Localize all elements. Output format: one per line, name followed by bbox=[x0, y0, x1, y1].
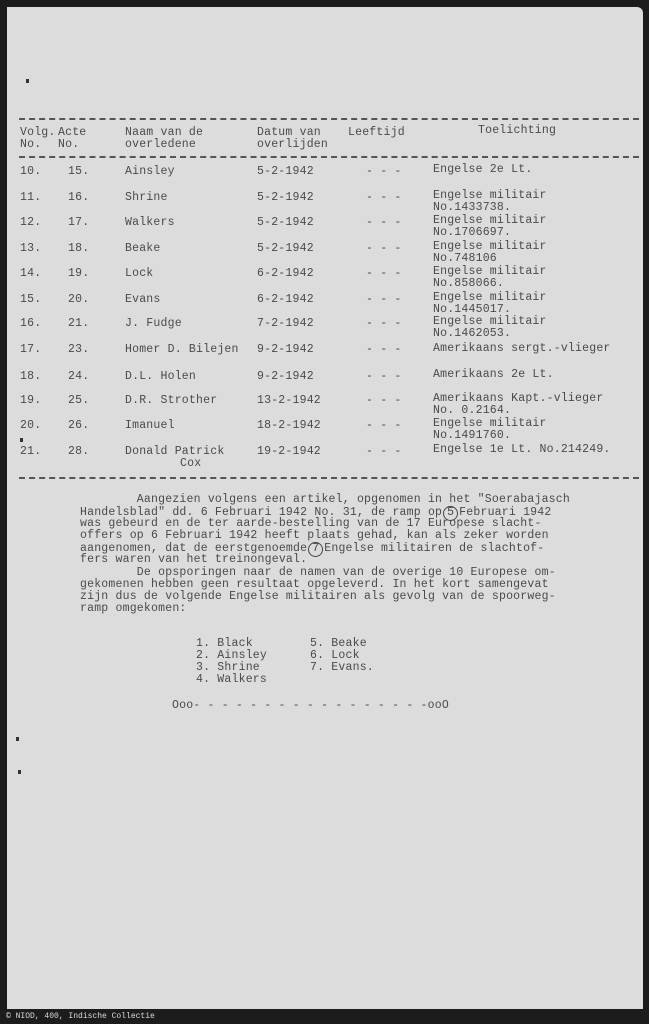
row-acte: 21. bbox=[68, 318, 89, 330]
row-naam: D.R. Strother bbox=[125, 395, 217, 407]
row-leeftijd: - - - bbox=[366, 395, 402, 407]
row-leeftijd: - - - bbox=[366, 192, 402, 204]
para-line: offers op 6 Februari 1942 heeft plaats g… bbox=[80, 530, 549, 542]
row-toelichting-2: No.1433738. bbox=[433, 202, 511, 214]
para-line: fers waren van het treinongeval. bbox=[80, 554, 307, 566]
row-datum: 6-2-1942 bbox=[257, 294, 314, 306]
row-toelichting-2: No.1706697. bbox=[433, 227, 511, 239]
row-datum: 5-2-1942 bbox=[257, 166, 314, 178]
row-leeftijd: - - - bbox=[366, 446, 402, 458]
row-volg: 10. bbox=[20, 166, 41, 178]
row-datum: 13-2-1942 bbox=[257, 395, 321, 407]
row-naam: J. Fudge bbox=[125, 318, 182, 330]
row-naam: Shrine bbox=[125, 192, 168, 204]
row-toelichting-2: No.1491760. bbox=[433, 430, 511, 442]
row-toelichting-2: No.858066. bbox=[433, 278, 504, 290]
binding-mark bbox=[26, 79, 29, 83]
row-leeftijd: - - - bbox=[366, 371, 402, 383]
header-acte-2: No. bbox=[58, 139, 79, 151]
row-naam: Donald Patrick bbox=[125, 446, 224, 458]
binding-mark bbox=[16, 737, 19, 741]
row-toelichting-2: No.748106 bbox=[433, 253, 497, 265]
para-line: ramp omgekomen: bbox=[80, 603, 187, 615]
row-leeftijd: - - - bbox=[366, 420, 402, 432]
row-volg: 18. bbox=[20, 371, 41, 383]
row-datum: 5-2-1942 bbox=[257, 192, 314, 204]
row-datum: 7-2-1942 bbox=[257, 318, 314, 330]
row-datum: 9-2-1942 bbox=[257, 344, 314, 356]
row-datum: 6-2-1942 bbox=[257, 268, 314, 280]
row-naam: Walkers bbox=[125, 217, 175, 229]
row-volg: 13. bbox=[20, 243, 41, 255]
row-datum: 5-2-1942 bbox=[257, 243, 314, 255]
row-volg: 21. bbox=[20, 446, 41, 458]
row-acte: 25. bbox=[68, 395, 89, 407]
row-datum: 19-2-1942 bbox=[257, 446, 321, 458]
row-acte: 18. bbox=[68, 243, 89, 255]
row-volg: 11. bbox=[20, 192, 41, 204]
row-acte: 19. bbox=[68, 268, 89, 280]
row-toelichting: Amerikaans sergt.-vlieger bbox=[433, 343, 611, 355]
row-acte: 16. bbox=[68, 192, 89, 204]
row-leeftijd: - - - bbox=[366, 243, 402, 255]
row-naam-2: Cox bbox=[180, 458, 201, 470]
row-leeftijd: - - - bbox=[366, 268, 402, 280]
row-leeftijd: - - - bbox=[366, 318, 402, 330]
row-acte: 24. bbox=[68, 371, 89, 383]
row-volg: 12. bbox=[20, 217, 41, 229]
row-naam: Evans bbox=[125, 294, 161, 306]
row-acte: 15. bbox=[68, 166, 89, 178]
para-line: Aangezien volgens een artikel, opgenomen… bbox=[80, 494, 570, 506]
row-acte: 20. bbox=[68, 294, 89, 306]
list-item: 4. Walkers bbox=[196, 674, 267, 686]
row-leeftijd: - - - bbox=[366, 166, 402, 178]
header-leeftijd: Leeftijd bbox=[348, 127, 405, 139]
row-datum: 9-2-1942 bbox=[257, 371, 314, 383]
row-toelichting: Engelse 2e Lt. bbox=[433, 164, 532, 176]
row-acte: 26. bbox=[68, 420, 89, 432]
row-volg: 16. bbox=[20, 318, 41, 330]
row-naam: D.L. Holen bbox=[125, 371, 196, 383]
row-volg: 15. bbox=[20, 294, 41, 306]
header-volg-2: No. bbox=[20, 139, 41, 151]
row-volg: 17. bbox=[20, 344, 41, 356]
header-datum-2: overlijden bbox=[257, 139, 328, 151]
header-bottom-rule bbox=[19, 156, 639, 158]
row-naam: Homer D. Bilejen bbox=[125, 344, 239, 356]
row-acte: 17. bbox=[68, 217, 89, 229]
row-naam: Imanuel bbox=[125, 420, 175, 432]
circled-count: 7 bbox=[308, 542, 323, 557]
header-naam-2: overledene bbox=[125, 139, 196, 151]
row-volg: 14. bbox=[20, 268, 41, 280]
row-volg: 20. bbox=[20, 420, 41, 432]
row-naam: Ainsley bbox=[125, 166, 175, 178]
table-bottom-rule bbox=[19, 477, 639, 479]
row-leeftijd: - - - bbox=[366, 217, 402, 229]
row-volg: 19. bbox=[20, 395, 41, 407]
row-datum: 5-2-1942 bbox=[257, 217, 314, 229]
row-toelichting: Amerikaans 2e Lt. bbox=[433, 369, 554, 381]
row-toelichting-2: No.1462053. bbox=[433, 328, 511, 340]
binding-mark bbox=[18, 770, 21, 774]
header-top-rule bbox=[19, 118, 639, 120]
row-datum: 18-2-1942 bbox=[257, 420, 321, 432]
header-toelichting: Toelichting bbox=[478, 125, 556, 137]
row-toelichting-2: No. 0.2164. bbox=[433, 405, 511, 417]
row-acte: 28. bbox=[68, 446, 89, 458]
row-leeftijd: - - - bbox=[366, 344, 402, 356]
closing-line: Ooo- - - - - - - - - - - - - - - - -ooO bbox=[172, 700, 449, 712]
list-item: 7. Evans. bbox=[310, 662, 374, 674]
row-leeftijd: - - - bbox=[366, 294, 402, 306]
row-naam: Lock bbox=[125, 268, 153, 280]
copyright-footer: © NIOD, 400, Indische Collectie bbox=[6, 1012, 155, 1021]
row-toelichting: Engelse 1e Lt. No.214249. bbox=[433, 444, 611, 456]
row-acte: 23. bbox=[68, 344, 89, 356]
row-naam: Beake bbox=[125, 243, 161, 255]
binding-mark bbox=[20, 438, 23, 442]
